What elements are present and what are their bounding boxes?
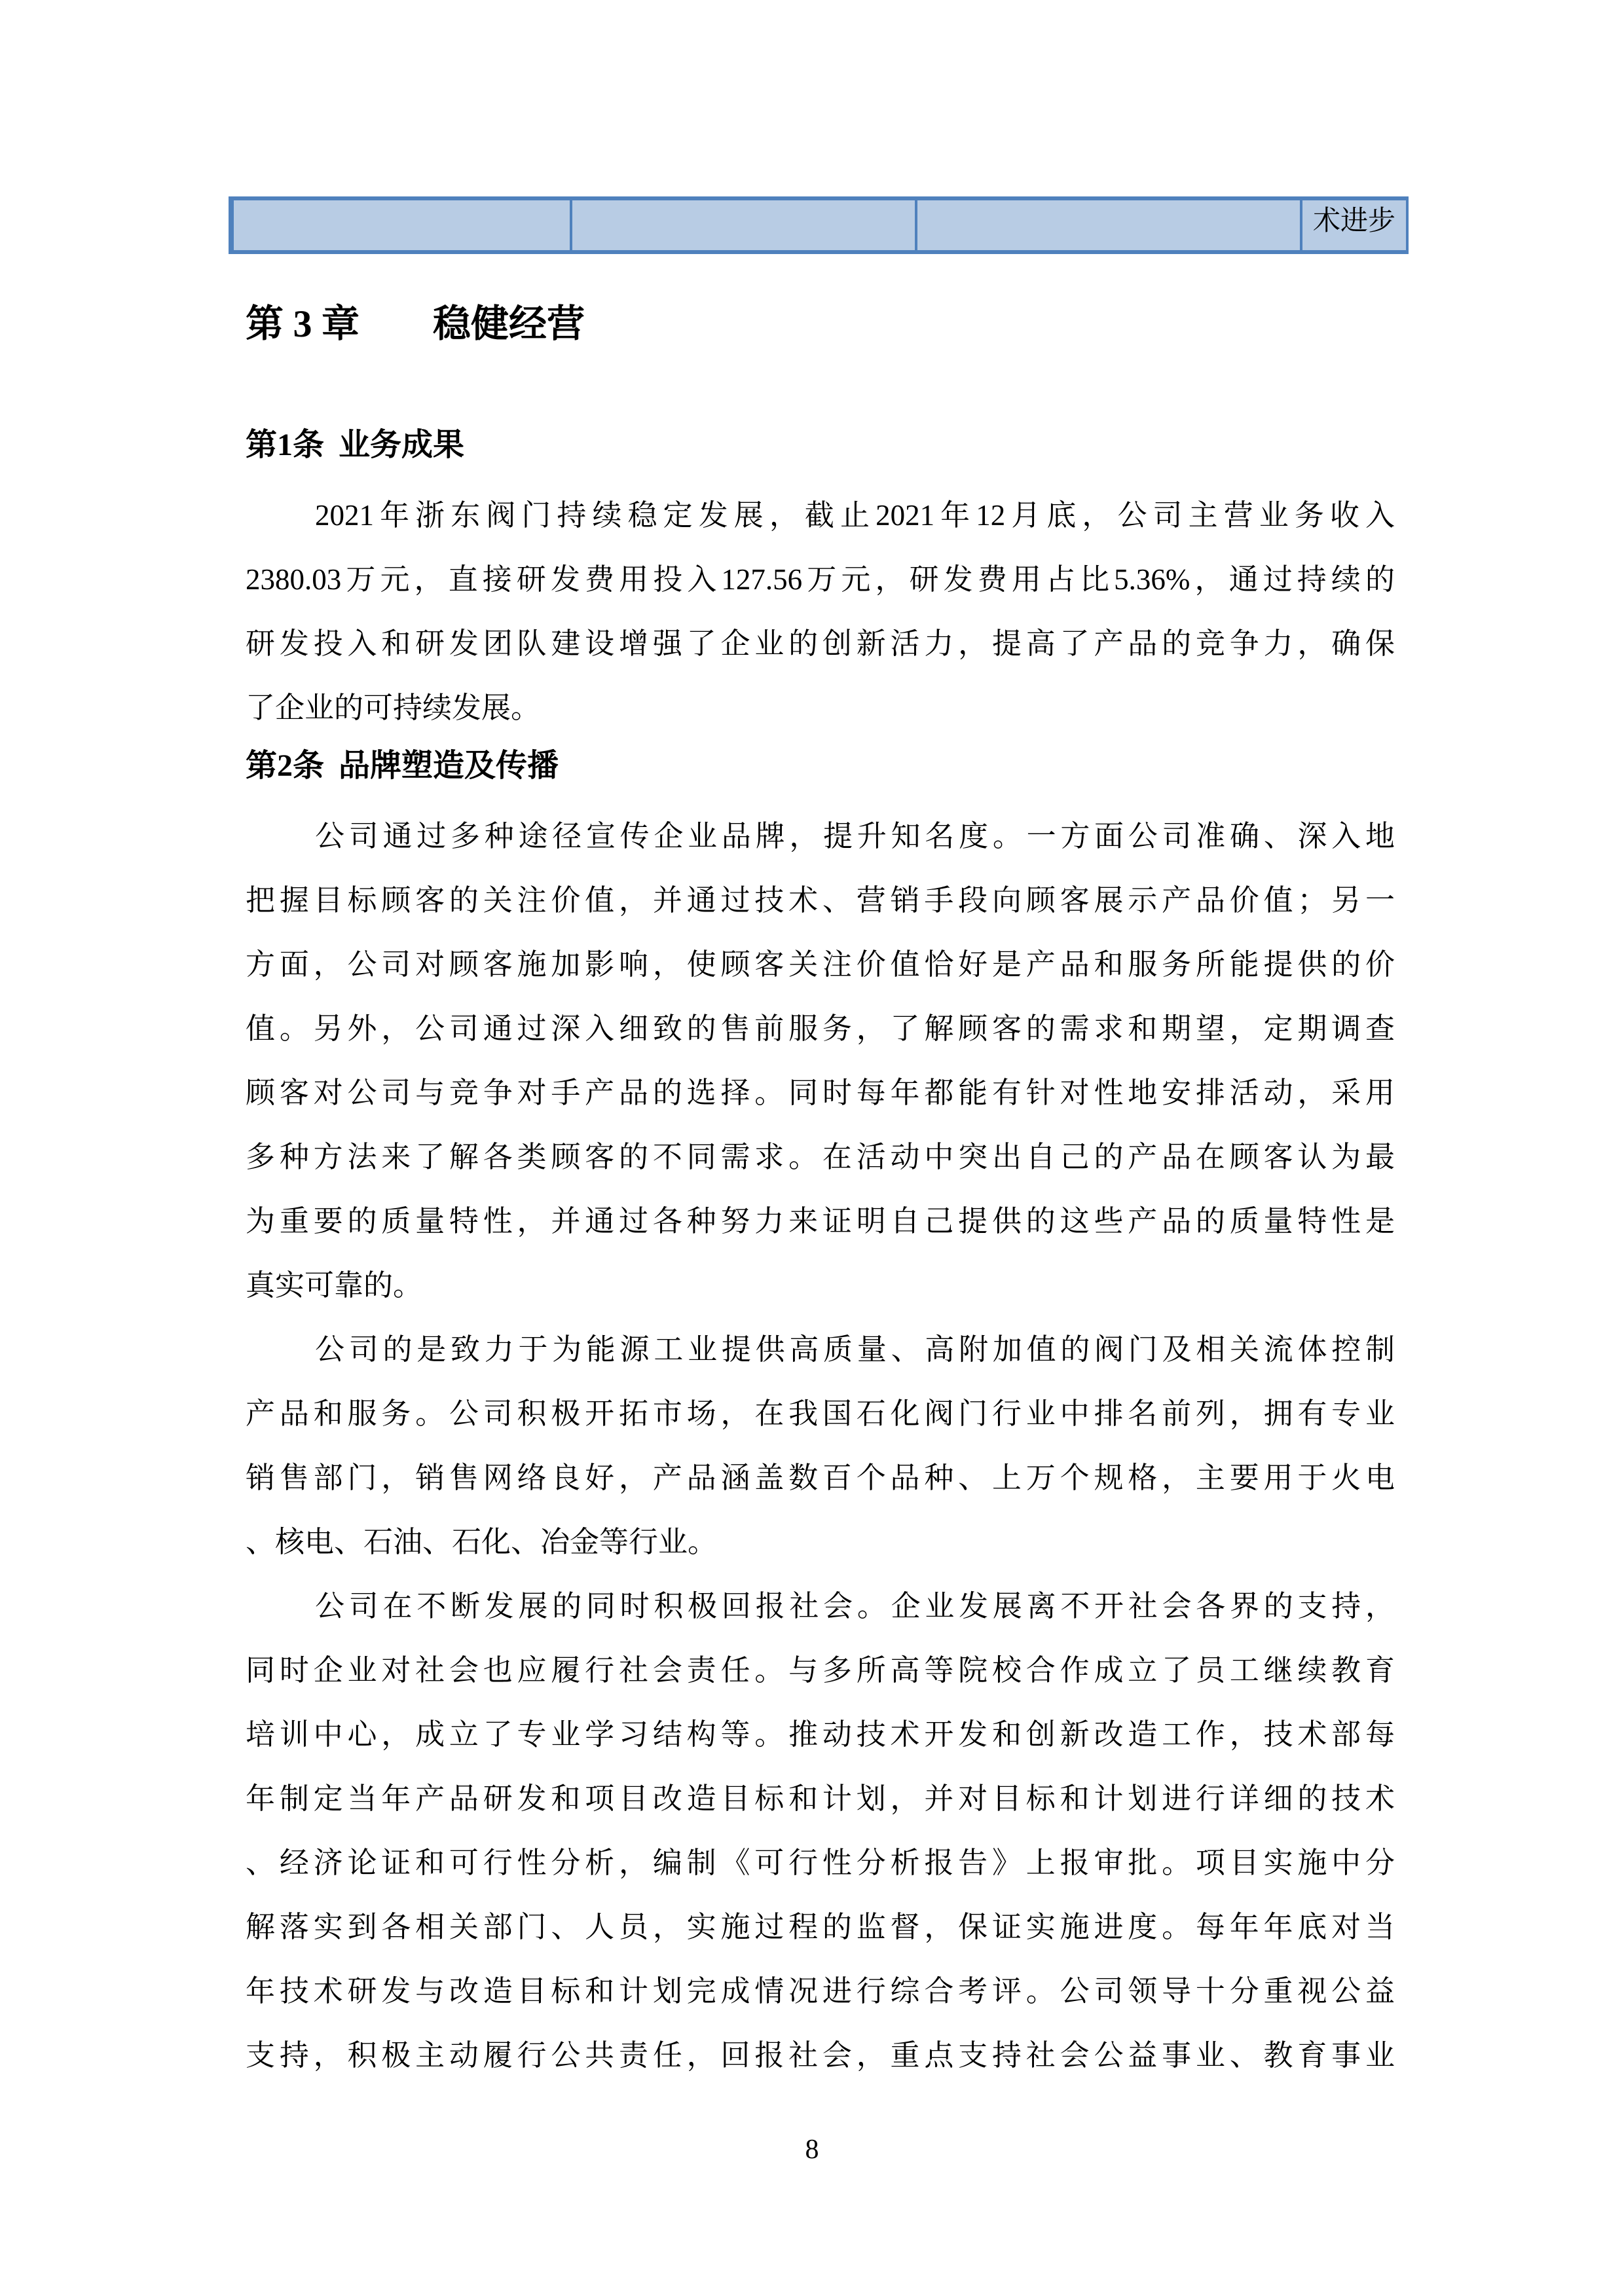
table-cell <box>915 200 1300 250</box>
body-line: 了企业的可持续发展。 <box>246 676 1395 740</box>
body-line: 把握目标顾客的关注价值，并通过技术、营销手段向顾客展示产品价值；另一 <box>246 868 1395 932</box>
body-line: 真实可靠的。 <box>246 1253 1395 1317</box>
body-line: 支持，积极主动履行公共责任，回报社会，重点支持社会公益事业、教育事业 <box>246 2023 1395 2087</box>
section-2-title: 品牌塑造及传播 <box>339 748 559 783</box>
table-cell: 术进步 <box>1300 200 1406 250</box>
chapter-title: 稳健经营 <box>433 303 585 345</box>
body-line: 、经济论证和可行性分析，编制《可行性分析报告》上报审批。项目实施中分 <box>246 1831 1395 1895</box>
body-line: 方面，公司对顾客施加影响，使顾客关注价值恰好是产品和服务所能提供的价 <box>246 932 1395 997</box>
paragraph-brand-building: 公司通过多种途径宣传企业品牌，提升知名度。一方面公司准确、深入地 把握目标顾客的… <box>246 804 1395 1317</box>
document-content: 术进步 第 3 章稳健经营 第1条业务成果 2021年浙东阀门持续稳定发展，截止… <box>0 196 1624 2087</box>
body-line: 、核电、石油、石化、冶金等行业。 <box>246 1510 1395 1574</box>
paragraph-business-results: 2021年浙东阀门持续稳定发展，截止2021年12月底，公司主营业务收入 238… <box>246 483 1395 740</box>
body-line: 同时企业对社会也应履行社会责任。与多所高等院校合作成立了员工继续教育 <box>246 1638 1395 1702</box>
body-line: 多种方法来了解各类顾客的不同需求。在活动中突出自己的产品在顾客认为最 <box>246 1125 1395 1189</box>
document-page: 术进步 第 3 章稳健经营 第1条业务成果 2021年浙东阀门持续稳定发展，截止… <box>0 0 1624 2295</box>
body-line: 值。另外，公司通过深入细致的售前服务，了解顾客的需求和期望，定期调查 <box>246 997 1395 1061</box>
chapter-number: 第 3 章 <box>246 303 360 345</box>
body-line: 销售部门，销售网络良好，产品涵盖数百个品种、上万个规格，主要用于火电 <box>246 1446 1395 1510</box>
body-line: 产品和服务。公司积极开拓市场，在我国石化阀门行业中排名前列，拥有专业 <box>246 1382 1395 1446</box>
body-line: 顾客对公司与竞争对手产品的选择。同时每年都能有针对性地安排活动，采用 <box>246 1061 1395 1125</box>
paragraph-social-responsibility: 公司在不断发展的同时积极回报社会。企业发展离不开社会各界的支持， 同时企业对社会… <box>246 1574 1395 2087</box>
body-line: 年技术研发与改造目标和计划完成情况进行综合考评。公司领导十分重视公益 <box>246 1959 1395 2023</box>
body-line: 2380.03万元，直接研发费用投入127.56万元，研发费用占比5.36%，通… <box>246 547 1395 612</box>
section-1-number: 第1条 <box>246 428 324 462</box>
paragraph-market-position: 公司的是致力于为能源工业提供高质量、高附加值的阀门及相关流体控制 产品和服务。公… <box>246 1317 1395 1574</box>
body-line: 年制定当年产品研发和项目改造目标和计划，并对目标和计划进行详细的技术 <box>246 1767 1395 1831</box>
page-number: 8 <box>0 2133 1624 2166</box>
table-cell <box>231 200 570 250</box>
table-cell <box>570 200 915 250</box>
section-2-number: 第2条 <box>246 748 324 783</box>
body-line: 公司通过多种途径宣传企业品牌，提升知名度。一方面公司准确、深入地 <box>246 804 1395 868</box>
body-line: 研发投入和研发团队建设增强了企业的创新活力，提高了产品的竞争力，确保 <box>246 612 1395 676</box>
section-heading-1: 第1条业务成果 <box>246 427 1395 464</box>
chapter-heading: 第 3 章稳健经营 <box>246 303 1395 346</box>
section-heading-2: 第2条品牌塑造及传播 <box>246 748 1395 784</box>
body-line: 解落实到各相关部门、人员，实施过程的监督，保证实施进度。每年年底对当 <box>246 1895 1395 1959</box>
body-line: 公司在不断发展的同时积极回报社会。企业发展离不开社会各界的支持， <box>246 1574 1395 1638</box>
body-line: 公司的是致力于为能源工业提供高质量、高附加值的阀门及相关流体控制 <box>246 1317 1395 1382</box>
table-fragment-row: 术进步 <box>229 196 1409 254</box>
body-line: 为重要的质量特性，并通过各种努力来证明自己提供的这些产品的质量特性是 <box>246 1189 1395 1253</box>
section-1-title: 业务成果 <box>339 428 464 462</box>
body-line: 培训中心，成立了专业学习结构等。推动技术开发和创新改造工作，技术部每 <box>246 1702 1395 1767</box>
body-line: 2021年浙东阀门持续稳定发展，截止2021年12月底，公司主营业务收入 <box>246 483 1395 547</box>
